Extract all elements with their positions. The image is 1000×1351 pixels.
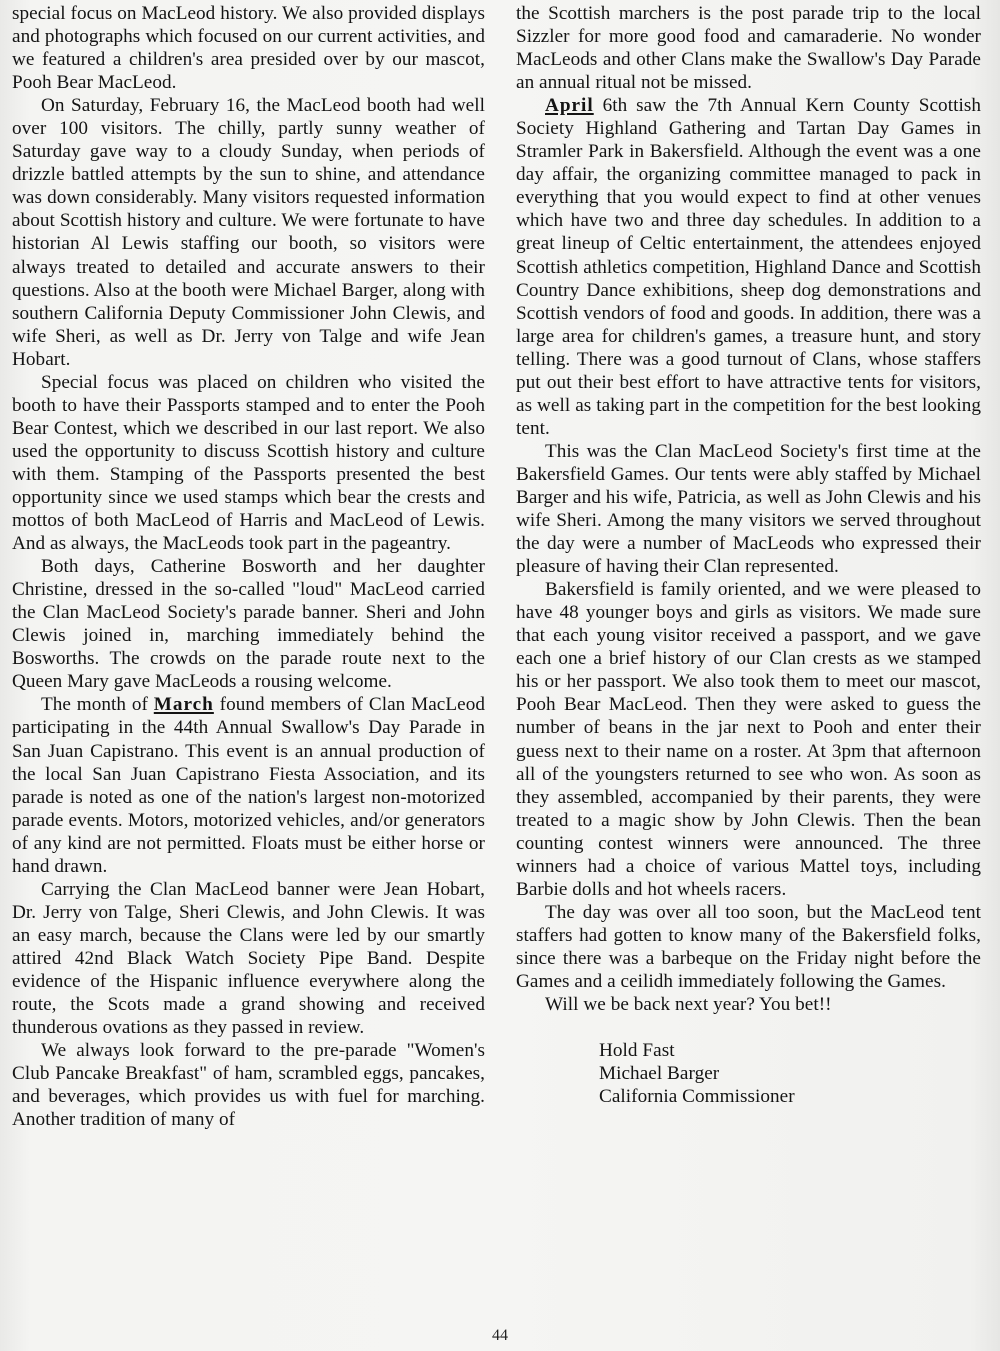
- right-column: the Scottish marchers is the post parade…: [516, 2, 981, 1108]
- paragraph-sizzler-tradition: the Scottish marchers is the post parade…: [516, 2, 981, 94]
- paragraph-first-time-bakersfield: This was the Clan MacLeod Society's firs…: [516, 440, 981, 578]
- paragraph-carrying-banner: Carrying the Clan MacLeod banner were Je…: [12, 878, 485, 1039]
- paragraph-march-body: found members of Clan MacLeod participat…: [12, 694, 485, 876]
- signature-block: Hold Fast Michael Barger California Comm…: [516, 1039, 981, 1108]
- paragraph-march-parade: The month of March found members of Clan…: [12, 693, 485, 877]
- paragraph-family-oriented: Bakersfield is family oriented, and we w…: [516, 578, 981, 901]
- left-column: special focus on MacLeod history. We als…: [12, 2, 485, 1131]
- paragraph-saturday-booth: On Saturday, February 16, the MacLeod bo…: [12, 94, 485, 371]
- month-heading-april: April: [545, 95, 594, 116]
- page-number: 44: [0, 1327, 1000, 1345]
- paragraph-history-focus: special focus on MacLeod history. We als…: [12, 2, 485, 94]
- newsletter-page: special focus on MacLeod history. We als…: [0, 0, 1000, 1351]
- paragraph-day-over: The day was over all too soon, but the M…: [516, 901, 981, 993]
- paragraph-april-games: April 6th saw the 7th Annual Kern County…: [516, 94, 981, 440]
- paragraph-pancake-breakfast: We always look forward to the pre-parade…: [12, 1039, 485, 1131]
- paragraph-april-body: 6th saw the 7th Annual Kern County Scott…: [516, 95, 981, 439]
- signature-name: Michael Barger: [599, 1062, 981, 1085]
- paragraph-children-passports: Special focus was placed on children who…: [12, 371, 485, 555]
- paragraph-parade-banner: Both days, Catherine Bosworth and her da…: [12, 555, 485, 693]
- signature-title: California Commissioner: [599, 1085, 981, 1108]
- paragraph-next-year: Will we be back next year? You bet!!: [516, 993, 981, 1016]
- month-heading-march: March: [154, 694, 214, 715]
- signature-closing: Hold Fast: [599, 1039, 981, 1062]
- paragraph-march-prefix: The month of: [41, 694, 154, 715]
